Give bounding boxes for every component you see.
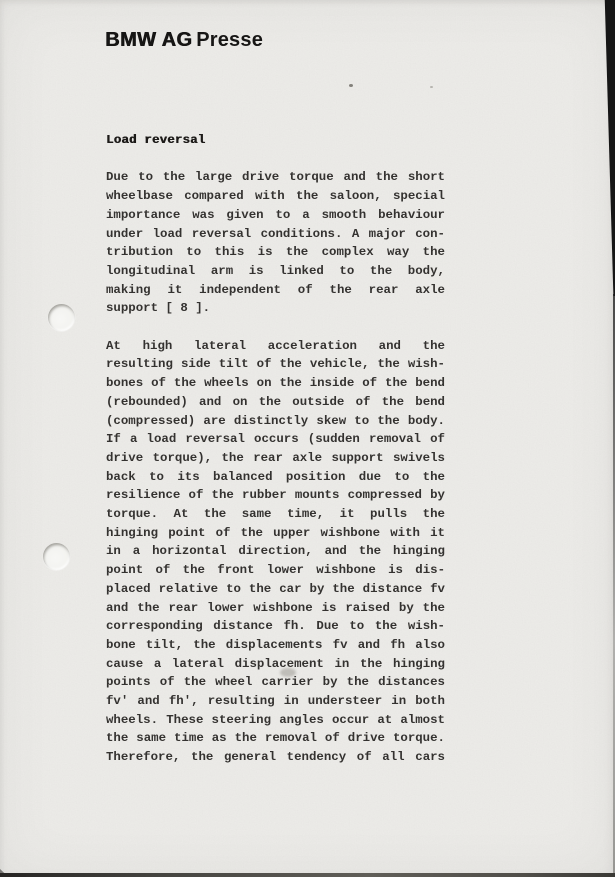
text-line: longitudinal arm is linked to the body, (106, 262, 445, 281)
publication-name: Presse (196, 29, 263, 51)
paragraph: Due to the large drive torque and the sh… (106, 168, 445, 318)
text-line: wheels. These steering angles occur at a… (106, 711, 445, 730)
text-line: corresponding distance fh. Due to the wi… (106, 617, 445, 636)
letterhead: BMW AGPresse (105, 29, 263, 51)
scanned-press-page: BMW AGPresse Load reversal Due to the la… (0, 0, 615, 877)
text-line: Therefore, the general tendency of all c… (106, 748, 445, 767)
text-line: in a horizontal direction, and the hingi… (106, 542, 445, 561)
scan-speck (430, 86, 433, 88)
text-line: and the rear lower wishbone is raised by… (106, 599, 445, 618)
text-line: importance was given to a smooth behavio… (106, 206, 445, 225)
text-line: If a load reversal occurs (sudden remova… (106, 430, 445, 449)
text-line: bone tilt, the displacements fv and fh a… (106, 636, 445, 655)
text-line: (compressed) are distinctly skew to the … (106, 412, 445, 431)
brand-name: BMW AG (105, 29, 192, 51)
text-line: resilience of the rubber mounts compress… (106, 486, 445, 505)
document-body: Load reversal Due to the large drive tor… (106, 131, 445, 767)
text-line: bones of the wheels on the inside of the… (106, 374, 445, 393)
text-line: Due to the large drive torque and the sh… (106, 168, 445, 187)
text-line: back to its balanced position due to the (106, 468, 445, 487)
hole-punch-top (48, 304, 75, 331)
scan-edge-wedge (599, 0, 615, 296)
document-heading: Load reversal (106, 131, 445, 150)
scan-smudge (280, 668, 296, 677)
paragraph: At high lateral acceleration and theresu… (106, 337, 445, 767)
text-line: At high lateral acceleration and the (106, 337, 445, 356)
text-line: under load reversal conditions. A major … (106, 225, 445, 244)
text-line: fv' and fh', resulting in understeer in … (106, 692, 445, 711)
text-line: resulting side tilt of the vehicle, the … (106, 355, 445, 374)
text-line: drive torque), the rear axle support swi… (106, 449, 445, 468)
text-line: making it independent of the rear axle (106, 281, 445, 300)
text-line: placed relative to the car by the distan… (106, 580, 445, 599)
scan-speck (349, 84, 353, 87)
text-line: wheelbase compared with the saloon, spec… (106, 187, 445, 206)
text-line: hinging point of the upper wishbone with… (106, 524, 445, 543)
text-line: tribution to this is the complex way the (106, 243, 445, 262)
hole-punch-bottom (43, 543, 70, 570)
text-line: points of the wheel carrier by the dista… (106, 673, 445, 692)
text-line: support [ 8 ]. (106, 299, 445, 318)
text-line: torque. At the same time, it pulls the (106, 505, 445, 524)
text-line: the same time as the removal of drive to… (106, 729, 445, 748)
text-line: (rebounded) and on the outside of the be… (106, 393, 445, 412)
scan-edge-bottom (0, 873, 615, 877)
text-line: cause a lateral displacement in the hing… (106, 655, 445, 674)
text-line: point of the front lower wishbone is dis… (106, 561, 445, 580)
paragraphs-container: Due to the large drive torque and the sh… (106, 168, 445, 766)
